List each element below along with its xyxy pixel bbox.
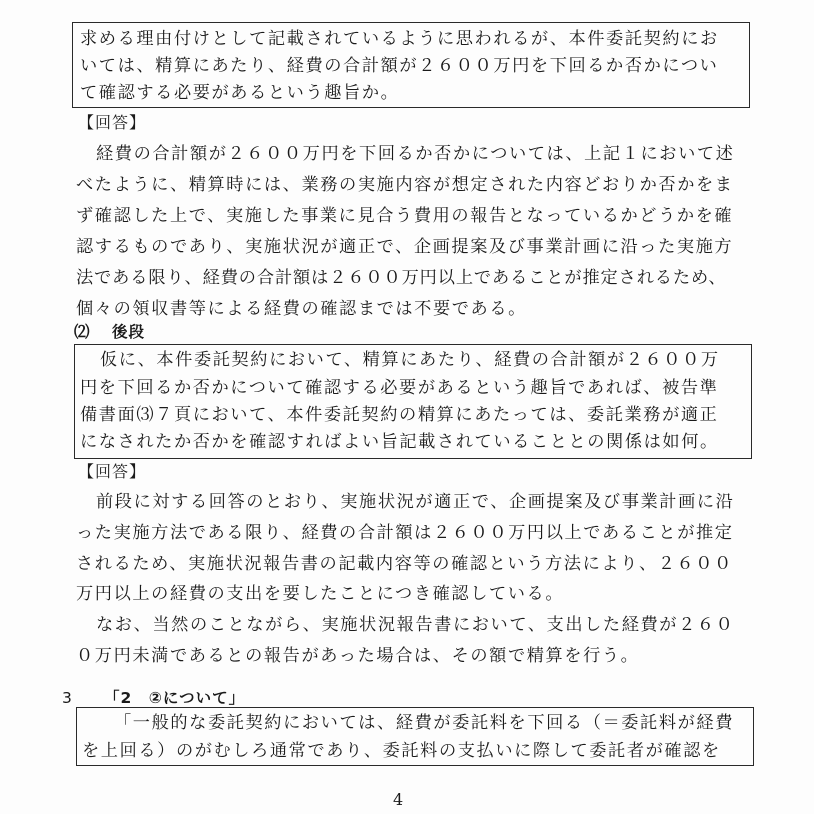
- answer2-line-5: なお、当然のことながら、実施状況報告書において、支出した経費が２６０: [96, 615, 734, 635]
- answer2-line-6: ０万円未満であるとの報告があった場合は、その額で精算を行う。: [76, 646, 639, 666]
- document-page: 求める理由付けとして記載されているように思われるが、本件委託契約にお いては、精…: [0, 0, 814, 814]
- box2-line-1: 仮に、本件委託契約において、精算にあたり、経費の合計額が２６００万: [100, 350, 720, 370]
- answer2-line-2: った実施方法である限り、経費の合計額は２６００万円以上であることが推定: [76, 523, 734, 543]
- section-3-title: 「2 ②について」: [104, 688, 245, 708]
- answer2-line-3: されるため、実施状況報告書の記載内容等の確認という方法により、２６００: [76, 554, 733, 574]
- answer1-line-4: 認するものであり、実施状況が適正で、企画提案及び事業計画に沿った実施方: [76, 237, 733, 257]
- box2-line-3: 備書面⑶７頁において、本件委託契約の精算にあたっては、委託業務が適正: [80, 405, 718, 425]
- answer-label-1: 【回答】: [78, 113, 146, 133]
- page-number: 4: [393, 790, 403, 809]
- box1-line-1: 求める理由付けとして記載されているように思われるが、本件委託契約にお: [80, 29, 719, 49]
- answer1-line-6: 個々の領収書等による経費の確認までは不要である。: [76, 299, 527, 319]
- box2-line-2: 円を下回るか否かについて確認する必要があるという趣旨であれば、被告準: [80, 378, 718, 398]
- section-3-number: 3: [62, 688, 73, 708]
- section-2-number: ⑵: [74, 322, 91, 342]
- section-2-title: 後段: [112, 322, 145, 342]
- answer-label-2: 【回答】: [78, 462, 146, 482]
- answer1-line-2: べたように、精算時には、業務の実施内容が想定された内容どおりか否かをま: [76, 175, 734, 195]
- answer1-line-5: 法である限り、経費の合計額は２６００万円以上であることが推定されるため、: [76, 268, 726, 288]
- box1-line-3: て確認する必要があるという趣旨か。: [80, 83, 399, 103]
- answer2-line-1: 前段に対する回答のとおり、実施状況が適正で、企画提案及び事業計画に沿: [96, 492, 734, 512]
- box1-line-2: いては、精算にあたり、経費の合計額が２６００万円を下回るか否かについ: [80, 56, 718, 76]
- answer2-line-4: 万円以上の経費の支出を要したことにつき確認している。: [76, 584, 564, 604]
- box2-line-4: になされたか否かを確認すればよい旨記載されていることとの関係は如何。: [80, 432, 719, 452]
- answer1-line-3: ず確認した上で、実施した事業に見合う費用の報告となっているかどうかを確: [76, 206, 733, 226]
- box3-line-1: 「一般的な委託契約においては、経費が委託料を下回る（＝委託料が経費: [114, 713, 734, 733]
- box3-line-2: を上回る）のがむしろ通常であり、委託料の支払いに際して委託者が確認を: [82, 741, 721, 761]
- answer1-line-1: 経費の合計額が２６００万円を下回るか否かについては、上記１において述: [96, 144, 734, 164]
